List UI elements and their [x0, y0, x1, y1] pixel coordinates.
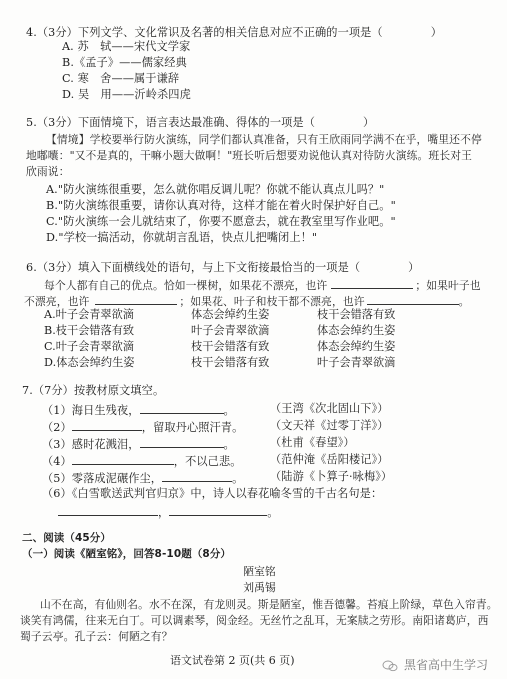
option-col-1: C.叶子会青翠欲滴: [44, 340, 134, 354]
q7-item-2: （2），留取丹心照汗青。: [42, 419, 243, 435]
section-heading: 二、阅读（45分）: [22, 531, 111, 545]
option-label: D.: [62, 88, 74, 101]
passage-line-3: 蜀子云亭。孔子云：何陋之有？: [20, 630, 173, 644]
option-col-1: A.叶子会青翠欲滴: [44, 308, 134, 322]
option-text: 叶子会青翠欲滴: [56, 340, 134, 353]
punctuation: 。: [267, 506, 278, 519]
option-col-2: 枝干会错落有致: [191, 340, 269, 354]
option-text: "防火演练一会儿就结束了，你要不愿意去，就在教室里写作业吧。": [58, 215, 396, 228]
item-text: 海日生残夜，: [72, 404, 140, 417]
q5-context-line-1: 【情境】学校要举行防火演练，同学们都认真准备，只有王欣雨同学满不在乎，嘴里还不停: [46, 133, 482, 147]
fill-blank[interactable]: [72, 453, 174, 465]
passage-text: ；如果花、叶子和枝干都不漂亮，也许: [179, 295, 364, 308]
fill-blank[interactable]: [58, 504, 158, 516]
option-label: D.: [46, 231, 58, 244]
q7-item-5: （5）零落成泥碾作尘，。: [42, 470, 243, 486]
q7-item-4: （4），不以己悲。: [42, 453, 242, 469]
q7-source-3: （杜甫《春望》）: [270, 436, 355, 450]
option-col-1: D.体态会绰约生姿: [44, 356, 134, 370]
q5-context-line-2: 地嘟囔："又不是真的，干嘛小题大做啊！"班长听后想要劝说他认真对待防火演练。班长…: [26, 149, 472, 163]
q4-stem: 4.（3分）下列文学、文化常识及名著的相关信息对应不正确的一项是（）: [26, 26, 442, 40]
q5-stem-text: 5.（3分）下面情境下，语言表达最准确、得体的一项是（: [26, 116, 315, 129]
item-text: ，留取丹心照汗青。: [142, 421, 244, 434]
option-col-3: 体态会绰约生姿: [317, 340, 395, 354]
q6-close-paren: ）: [408, 261, 419, 274]
option-label: A.: [46, 183, 58, 196]
option-col-2: 体态会绰约生姿: [191, 308, 269, 322]
item-text: 零落成泥碾作尘，: [72, 472, 162, 485]
option-text: 苏 轼——宋代文学家: [78, 40, 191, 53]
q4-option-d: D. 吴 用——沂岭杀四虎: [62, 88, 191, 102]
q4-close-paren: ）: [431, 26, 442, 39]
q7-item-6: （6）《白雪歌送武判官归京》中，诗人以春花喻冬雪的千古名句是：: [42, 487, 382, 501]
item-number: （1）: [42, 404, 72, 417]
section-subheading: （一）阅读《陋室铭》，回答8-10题（8分）: [22, 547, 231, 561]
q4-option-a: A. 苏 轼——宋代文学家: [62, 40, 190, 54]
passage-title: 陋室铭: [6, 565, 507, 579]
q7-item-3: （3）感时花溅泪，。: [42, 436, 235, 452]
item-text: ，不以己悲。: [174, 455, 242, 468]
option-label: A.: [44, 308, 56, 321]
item-number: （5）: [42, 472, 72, 485]
option-text: 枝干会错落有致: [56, 324, 134, 337]
q5-context-line-3: 欣雨说：: [26, 165, 70, 179]
watermark: 黑省高中生学习: [382, 656, 488, 673]
option-label: C.: [46, 215, 58, 228]
q7-item-1: （1）海日生残夜，。: [42, 402, 235, 418]
option-label: A.: [62, 40, 74, 53]
option-text: 体态会绰约生姿: [56, 356, 134, 369]
passage-text: 每个人都有自己的优点。恰如一棵树，如果花不漂亮，也许: [44, 279, 327, 292]
q7-source-1: （王湾《次北固山下》）: [270, 402, 389, 416]
q6-passage-line-2: 不漂亮，也许；如果花、叶子和枝干都不漂亮，也许。: [24, 293, 470, 309]
option-col-3: 体态会绰约生姿: [317, 324, 395, 338]
q7-source-4: （范仲淹《岳阳楼记》）: [270, 453, 389, 467]
passage-line-1: 山不在高，有仙则名。水不在深，有龙则灵。斯是陋室，惟吾德馨。苔痕上阶绿，草色入帘…: [40, 598, 498, 612]
option-text: 叶子会青翠欲滴: [56, 308, 134, 321]
q7-source-2: （文天祥《过零丁洋》）: [270, 419, 389, 433]
passage-text: 不漂亮，也许: [24, 295, 89, 308]
wechat-icon: [382, 660, 398, 672]
punctuation: ，: [158, 506, 169, 519]
fill-blank-1[interactable]: [331, 277, 413, 289]
passage-line-2: 谈笑有鸿儒，往来无白丁。可以调素琴，阅金经。无丝竹之乱耳，无案牍之劳形。南阳诸葛…: [20, 614, 489, 628]
option-label: B.: [62, 56, 74, 69]
q6-stem: 6.（3分）填入下面横线处的语句，与上下文衔接最恰当的一项是（）: [26, 261, 419, 275]
passage-author: 刘禹锡: [6, 581, 507, 595]
passage-text: ；如果叶子也: [415, 279, 480, 292]
q7-source-5: （陆游《卜算子·咏梅》）: [270, 470, 392, 484]
q7-stem: 7.（7分）按教材原文填空。: [22, 384, 164, 398]
q5-close-paren: ）: [363, 116, 374, 129]
item-text: 。: [232, 472, 243, 485]
option-label: C.: [62, 72, 74, 85]
exam-page: 4.（3分）下列文学、文化常识及名著的相关信息对应不正确的一项是（） A. 苏 …: [0, 0, 507, 679]
option-col-1: B.枝干会错落有致: [44, 324, 134, 338]
fill-blank[interactable]: [162, 470, 232, 482]
q6-passage-line-1: 每个人都有自己的优点。恰如一棵树，如果花不漂亮，也许；如果叶子也: [44, 277, 481, 293]
option-text: "防火演练很重要，怎么就你唱反调儿呢？你就不能认真点儿吗？": [58, 183, 385, 196]
fill-blank[interactable]: [72, 419, 142, 431]
passage-text: 。: [459, 295, 470, 308]
fill-blank[interactable]: [169, 504, 267, 516]
page-footer: 语文试卷第 2 页(共 6 页): [170, 654, 295, 668]
option-label: D.: [44, 356, 56, 369]
fill-blank[interactable]: [140, 402, 224, 414]
q5-option-c: C."防火演练一会儿就结束了，你要不愿意去，就在教室里写作业吧。": [46, 215, 396, 229]
option-text: 《孟子》——儒家经典: [74, 56, 187, 69]
q6-stem-text: 6.（3分）填入下面横线处的语句，与上下文衔接最恰当的一项是（: [26, 261, 360, 274]
option-text: 寒 舍——属于谦辞: [78, 72, 180, 85]
option-label: C.: [44, 340, 56, 353]
item-text: 感时花溅泪，: [72, 438, 140, 451]
option-col-2: 叶子会青翠欲滴: [191, 324, 269, 338]
item-number: （3）: [42, 438, 72, 451]
option-label: B.: [46, 199, 58, 212]
q7-item-6-answer: ，。: [58, 504, 279, 520]
q5-stem: 5.（3分）下面情境下，语言表达最准确、得体的一项是（）: [26, 116, 374, 130]
item-number: （4）: [42, 455, 72, 468]
option-col-3: 叶子会青翠欲滴: [317, 356, 395, 370]
option-col-3: 枝干会错落有致: [317, 308, 395, 322]
fill-blank[interactable]: [140, 436, 224, 448]
option-text: "防火演练很重要，请你认真对待，这样才能在着火时保护好自己。": [58, 199, 396, 212]
q4-option-c: C. 寒 舍——属于谦辞: [62, 72, 179, 86]
item-number: （2）: [42, 421, 72, 434]
fill-blank-2[interactable]: [95, 293, 177, 305]
option-text: 吴 用——沂岭杀四虎: [78, 88, 191, 101]
watermark-text: 黑省高中生学习: [404, 658, 488, 672]
option-col-2: 枝干会错落有致: [191, 356, 269, 370]
option-label: B.: [44, 324, 56, 337]
q5-option-b: B."防火演练很重要，请你认真对待，这样才能在着火时保护好自己。": [46, 199, 396, 213]
item-text: 。: [224, 438, 235, 451]
q5-option-d: D."学校一搞活动，你就胡言乱语，快点儿把嘴闭上！": [46, 231, 317, 245]
q4-option-b: B.《孟子》——儒家经典: [62, 56, 187, 70]
q5-option-a: A."防火演练很重要，怎么就你唱反调儿呢？你就不能认真点儿吗？": [46, 183, 384, 197]
option-text: "学校一搞活动，你就胡言乱语，快点儿把嘴闭上！": [58, 231, 317, 244]
q4-stem-text: 4.（3分）下列文学、文化常识及名著的相关信息对应不正确的一项是（: [26, 26, 383, 39]
fill-blank-3[interactable]: [367, 293, 459, 305]
item-text: 。: [224, 404, 235, 417]
